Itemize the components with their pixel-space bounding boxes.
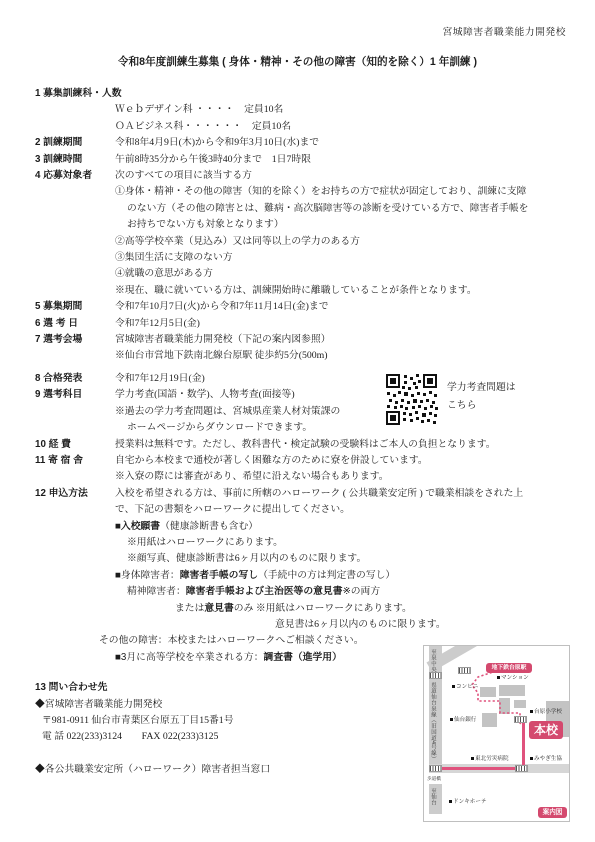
map-badge-main-school: 本校 (529, 721, 563, 739)
line-text: 電 話 022(233)3124 FAX 022(233)3125 (42, 731, 218, 742)
doc-line: お持ちでない方も対象となります） (35, 217, 569, 233)
map-crosswalk-icon (458, 667, 471, 674)
line-text: ④就職の意思がある方 (115, 268, 213, 279)
section-label: 4 応募対象者 (35, 168, 92, 184)
line-text: ※過去の学力考査問題は、宮城県産業人材対策課の (115, 406, 340, 417)
map-bullet-icon (471, 757, 474, 760)
qr-code-icon (385, 373, 438, 426)
section-label: 9 選考科目 (35, 387, 82, 403)
line-text: 入校を希望される方は、事前に所轄のハローワーク ( 公共職業安定所 ) で職業相… (115, 488, 523, 499)
map-bullet-icon (452, 685, 455, 688)
doc-line: 11 寄 宿 舎自宅から本校まで通校が著しく困難な方のために寮を併設しています。 (35, 453, 569, 469)
line-text: で、下記の書類をハローワークに提出してください。 (115, 504, 350, 515)
map-bullet-icon (450, 718, 453, 721)
line-text: 令和8年4月9日(木)から令和9年3月10日(水)まで (115, 137, 319, 148)
map-badge-annaizu: 案内図 (538, 807, 567, 818)
line-text: 学力考査(国語・数学)、人物考査(面接等) (115, 389, 295, 400)
line-text: ◆各公共職業安定所（ハローワーク）障害者担当窓口 (35, 764, 270, 775)
line-text: ■入校願書（健康診断書も含む） (115, 521, 258, 532)
line-text: ②高等学校卒業（見込み）又は同等以上の学力のある方 (115, 236, 360, 247)
qr-caption-line2: こちら (447, 400, 476, 411)
line-text: 午前8時35分から午後3時40分まで 1日7時限 (115, 154, 311, 165)
doc-line: Ｗｅｂデザイン科 ・・・・ 定員10名 (35, 102, 569, 118)
access-map: 至泉中央 県道仙台泉線（旧国道4号線） 至仙台 マンション コンビニ 仙台銀行 … (423, 645, 570, 822)
section-label: 8 合格発表 (35, 371, 82, 387)
map-crosswalk-icon (429, 765, 442, 772)
doc-line: 5 募集期間令和7年10月7日(火)から令和7年11月14日(金)まで (35, 299, 569, 315)
map-label-sendai-bank: 仙台銀行 (450, 717, 476, 723)
section-label: 5 募集期間 (35, 299, 82, 315)
doc-line: ホームページからダウンロードできます。 (35, 420, 569, 436)
qr-caption-line1: 学力考査問題は (447, 382, 516, 393)
line-text: ◆宮城障害者職業能力開発校 (35, 699, 162, 710)
map-bullet-icon (449, 800, 452, 803)
doc-line: ③集団生活に支障のない方 (35, 250, 569, 266)
line-text: お持ちでない方も対象となります） (127, 219, 284, 230)
map-badge-subway-station: 地下鉄台原駅 (486, 663, 532, 673)
line-text: ※現在、職に就いている方は、訓練開始時に離職していることが条件となります。 (115, 285, 477, 296)
line-text: ③集団生活に支障のない方 (115, 252, 233, 263)
map-bullet-icon (530, 710, 533, 713)
doc-line: ※仙台市営地下鉄南北線台原駅 徒歩約5分(500m) (35, 348, 569, 364)
doc-line: 7 選考会場宮城障害者職業能力開発校（下記の案内図参照） (35, 332, 569, 348)
map-label-hodokyo: 歩道橋 (427, 776, 441, 782)
doc-line: 6 選 考 日令和7年12月5日(金) (35, 316, 569, 332)
map-label-donki: ドンキホーテ (449, 799, 487, 805)
line-text: ホームページからダウンロードできます。 (127, 422, 312, 433)
map-label-tohoku-rosai-hospital: 東北労災病院 (471, 756, 509, 762)
section-label: 2 訓練期間 (35, 135, 82, 151)
doc-line: ＯＡビジネス科・・・・・・ 定員10名 (35, 119, 569, 135)
line-text: 宮城障害者職業能力開発校（下記の案内図参照） (115, 334, 331, 345)
line-text: ＯＡビジネス科・・・・・・ 定員10名 (115, 121, 291, 132)
line-text: その他の障害：本校またはハローワークへご相談ください。 (99, 635, 364, 646)
map-bullet-icon (530, 757, 533, 760)
doc-line: ※入寮の際には審査があり、希望に沿えない場合もあります。 (35, 469, 569, 485)
line-text: 次のすべての項目に該当する方 (115, 170, 252, 181)
qr-caption: 学力考査問題はこちら (447, 379, 516, 415)
doc-line: ※顔写真、健康診断書は6ヶ月以内のものに限ります。 (35, 551, 569, 567)
line-text: ■身体障害者：障害者手帳の写し（手続中の方は判定書の写し） (115, 570, 395, 581)
section-label: 3 訓練時間 (35, 152, 82, 168)
map-label-to-sendai: 至仙台 (430, 788, 436, 806)
document-title: 令和8年度訓練生募集 ( 身体・精神・その他の障害（知的を除く）1 年訓練 ) (0, 54, 595, 69)
line-text: 意見書は6ヶ月以内のものに限ります。 (275, 619, 446, 630)
section-label: 13 問い合わせ先 (35, 680, 107, 696)
doc-line: 3 訓練時間午前8時35分から午後3時40分まで 1日7時限 (35, 152, 569, 168)
doc-line: 10 経 費授業料は無料です。ただし、教科書代・検定試験の受験料はご本人の負担と… (35, 437, 569, 453)
line-text: Ｗｅｂデザイン科 ・・・・ 定員10名 (115, 104, 283, 115)
map-crosswalk-icon (514, 716, 527, 723)
section-label: 12 申込方法 (35, 486, 88, 502)
doc-line: ※現在、職に就いている方は、訓練開始時に離職していることが条件となります。 (35, 283, 569, 299)
map-label-to-izumi-chuo: 至泉中央 (430, 649, 436, 673)
line-text: 精神障害者：障害者手帳および主治医等の意見書※の両方 (127, 586, 380, 597)
line-text: ※顔写真、健康診断書は6ヶ月以内のものに限ります。 (127, 553, 366, 564)
line-text: のない方（その他の障害とは、難病・高次脳障害等の診断を受けている方で、障害者手帳… (127, 203, 528, 214)
doc-line: ②高等学校卒業（見込み）又は同等以上の学力のある方 (35, 234, 569, 250)
doc-line: 4 応募対象者次のすべての項目に該当する方 (35, 168, 569, 184)
line-text: ①身体・精神・その他の障害（知的を除く）をお持ちの方で症状が固定しており、訓練に… (115, 186, 526, 197)
map-label-dainohara-elementary: 台原小学校 (530, 709, 562, 715)
line-text: 〒981-0911 仙台市青葉区台原五丁目15番1号 (42, 715, 234, 726)
map-crosswalk-icon (515, 765, 528, 772)
doc-line: ①身体・精神・その他の障害（知的を除く）をお持ちの方で症状が固定しており、訓練に… (35, 184, 569, 200)
doc-line: 精神障害者：障害者手帳および主治医等の意見書※の両方 (35, 584, 569, 600)
map-crosswalk-icon (429, 672, 442, 679)
line-text: 令和7年10月7日(火)から令和7年11月14日(金)まで (115, 301, 329, 312)
map-label-road-name: 県道仙台泉線（旧国道4号線） (430, 682, 436, 762)
line-text: ※仙台市営地下鉄南北線台原駅 徒歩約5分(500m) (115, 350, 328, 361)
line-text: ■3月に高等学校を卒業される方：調査書（進学用） (115, 652, 342, 663)
doc-line: 意見書は6ヶ月以内のものに限ります。 (35, 617, 569, 633)
line-text: 自宅から本校まで通校が著しく困難な方のために寮を併設しています。 (115, 455, 428, 466)
map-label-miyagi-coop: みやぎ生協 (530, 756, 562, 762)
map-label-mansion: マンション (497, 675, 529, 681)
line-text: ※入寮の際には審査があり、希望に沿えない場合もあります。 (115, 471, 389, 482)
map-label-conbini: コンビニ (452, 684, 478, 690)
section-label: 1 募集訓練科・人数 (35, 86, 122, 102)
line-text: 授業料は無料です。ただし、教科書代・検定試験の受験料はご本人の負担となります。 (115, 439, 496, 450)
line-text: 令和7年12月5日(金) (115, 318, 200, 329)
doc-line: 2 訓練期間令和8年4月9日(木)から令和9年3月10日(水)まで (35, 135, 569, 151)
line-text: 令和7年12月19日(金) (115, 373, 205, 384)
section-label: 11 寄 宿 舎 (35, 453, 83, 469)
doc-line: ■身体障害者：障害者手帳の写し（手続中の方は判定書の写し） (35, 568, 569, 584)
doc-line: のない方（その他の障害とは、難病・高次脳障害等の診断を受けている方で、障害者手帳… (35, 201, 569, 217)
doc-line: ※用紙はハローワークにあります。 (35, 535, 569, 551)
school-name-header: 宮城障害者職業能力開発校 (442, 24, 566, 38)
line-text: または意見書のみ ※用紙はハローワークにあります。 (175, 603, 412, 614)
line-text: ※用紙はハローワークにあります。 (127, 537, 283, 548)
qr-code (385, 373, 438, 431)
section-label: 7 選考会場 (35, 332, 82, 348)
doc-line: 12 申込方法入校を希望される方は、事前に所轄のハローワーク ( 公共職業安定所… (35, 486, 569, 502)
section-label: 10 経 費 (35, 437, 71, 453)
section-label: 6 選 考 日 (35, 316, 78, 332)
doc-line: 1 募集訓練科・人数 (35, 86, 569, 102)
doc-line: ④就職の意思がある方 (35, 266, 569, 282)
doc-line: ■入校願書（健康診断書も含む） (35, 519, 569, 535)
map-bullet-icon (497, 676, 500, 679)
document-page: 宮城障害者職業能力開発校 令和8年度訓練生募集 ( 身体・精神・その他の障害（知… (0, 0, 595, 842)
doc-line: で、下記の書類をハローワークに提出してください。 (35, 502, 569, 518)
doc-line: または意見書のみ ※用紙はハローワークにあります。 (35, 601, 569, 617)
